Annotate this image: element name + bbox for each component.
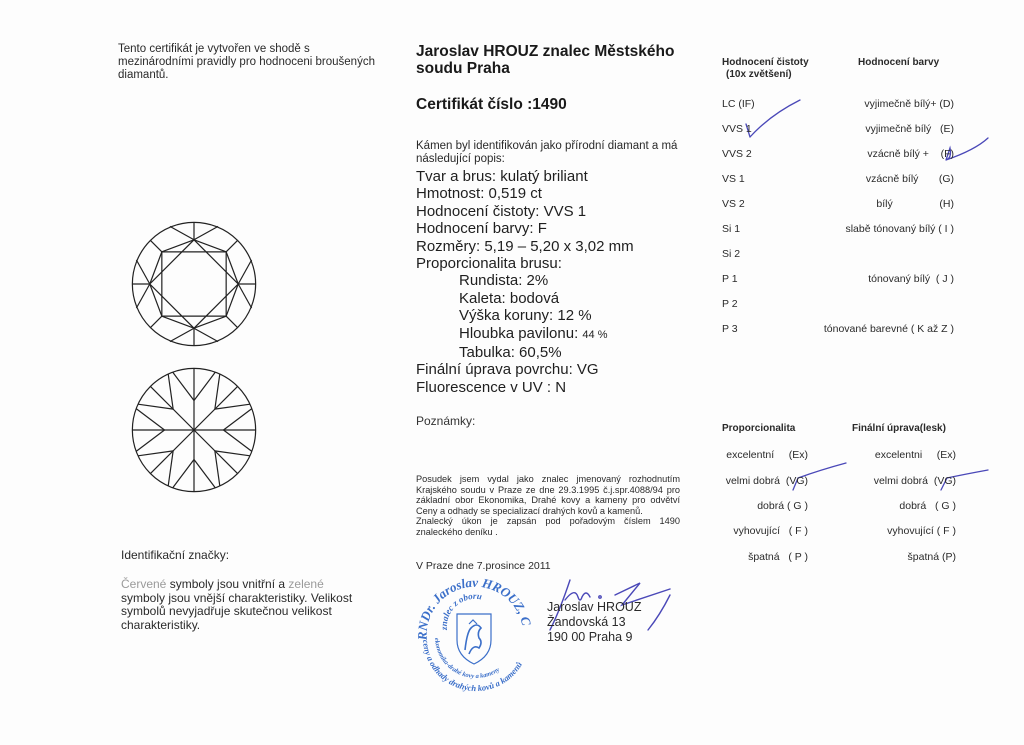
- clarity-grade: P 2: [722, 298, 738, 310]
- clarity-grade: P 1: [722, 273, 738, 285]
- signer-name: Jaroslav HROUZ: [547, 600, 641, 615]
- finish-grade: velmi dobrá (VG): [874, 475, 956, 487]
- color-grade: tónované barevné ( K až Z ): [824, 323, 954, 335]
- color-scale-header: Hodnocení barvy: [858, 57, 939, 69]
- description-intro: Kámen byl identifikován jako přírodní di…: [416, 140, 691, 166]
- coat-of-arms-icon: [457, 614, 491, 664]
- clarity-grade: Si 2: [722, 248, 740, 260]
- shape: Tvar a brus: kulatý briliant: [416, 168, 634, 185]
- proportion-grade: špatná ( P ): [748, 551, 808, 563]
- clarity-grade: VVS 1: [722, 123, 752, 135]
- stone-description: Tvar a brus: kulatý briliant Hmotnost: 0…: [416, 168, 634, 396]
- color-grade: bílý (H): [876, 198, 954, 210]
- finish-grade: excelentni (Ex): [875, 449, 956, 461]
- crown-height: Výška koruny: 12 %: [416, 307, 634, 324]
- clarity-grade: VS 2: [722, 198, 745, 210]
- culet: Kaleta: bodová: [416, 290, 634, 307]
- diamond-pavilion-diagram: [127, 363, 261, 497]
- color-grade: vyjimečně bílý (E): [865, 123, 954, 135]
- color-grade: slabě tónovaný bílý ( I ): [845, 223, 954, 235]
- identification-text: Červené symboly jsou vnitřní a zelené sy…: [121, 578, 361, 632]
- diamond-crown-diagram: [127, 217, 261, 351]
- proportion-scale-header: Proporcionalita: [722, 423, 795, 435]
- girdle: Rundista: 2%: [416, 272, 634, 289]
- clarity-scale-header: Hodnocení čistoty (10x zvětšení): [722, 57, 809, 81]
- intro-text: Tento certifikát je vytvořen ve shodě s …: [118, 43, 378, 82]
- proportions-label: Proporcionalita brusu:: [416, 255, 634, 272]
- color-grade: vyjimečně bílý+ (D): [864, 98, 954, 110]
- certificate-number: Certifikát číslo :1490: [416, 96, 567, 114]
- proportion-grade: dobrá ( G ): [757, 500, 808, 512]
- finish: Finální úprava povrchu: VG: [416, 361, 634, 378]
- signer-street: Žandovská 13: [547, 615, 641, 630]
- proportion-grade: excelentní (Ex): [726, 449, 808, 461]
- finish-grade: vyhovující ( F ): [887, 525, 956, 537]
- color-grade: vzácně bílý (G): [866, 173, 954, 185]
- finish-grade: dobrá ( G ): [899, 500, 956, 512]
- identification-title: Identifikační značky:: [121, 548, 229, 562]
- pavilion-depth: Hloubka pavilonu: 44 %: [416, 325, 634, 344]
- finish-scale-header: Finální úprava(lesk): [852, 423, 946, 435]
- dimensions: Rozměry: 5,19 – 5,20 x 3,02 mm: [416, 238, 634, 255]
- expert-title: Jaroslav HROUZ znalec Městského soudu Pr…: [416, 43, 696, 77]
- place-date: V Praze dne 7.prosince 2011: [416, 560, 551, 572]
- red-word: Červené: [121, 577, 166, 591]
- clarity: Hodnocení čistoty: VVS 1: [416, 203, 634, 220]
- clarity-grade: Si 1: [722, 223, 740, 235]
- clarity-grade: LC (IF): [722, 98, 755, 110]
- proportion-grade: velmi dobrá (VG): [726, 475, 808, 487]
- color-grade: vzácně bílý + (F): [867, 148, 954, 160]
- color: Hodnocení barvy: F: [416, 220, 634, 237]
- signer-address: Jaroslav HROUZ Žandovská 13 190 00 Praha…: [547, 600, 641, 645]
- clarity-grade: VVS 2: [722, 148, 752, 160]
- clarity-grade: P 3: [722, 323, 738, 335]
- green-word: zelené: [288, 577, 323, 591]
- weight: Hmotnost: 0,519 ct: [416, 185, 634, 202]
- signer-city: 190 00 Praha 9: [547, 630, 641, 645]
- color-grade: tónovaný bílý ( J ): [868, 273, 954, 285]
- proportion-grade: vyhovující ( F ): [733, 525, 808, 537]
- fluorescence: Fluorescence v UV : N: [416, 379, 634, 396]
- clarity-grade: VS 1: [722, 173, 745, 185]
- expert-statement: Posudek jsem vydal jako znalec jmenovaný…: [416, 474, 680, 538]
- finish-grade: špatná (P): [908, 551, 956, 563]
- table-percent: Tabulka: 60,5%: [416, 344, 634, 361]
- notes-label: Poznámky:: [416, 414, 475, 428]
